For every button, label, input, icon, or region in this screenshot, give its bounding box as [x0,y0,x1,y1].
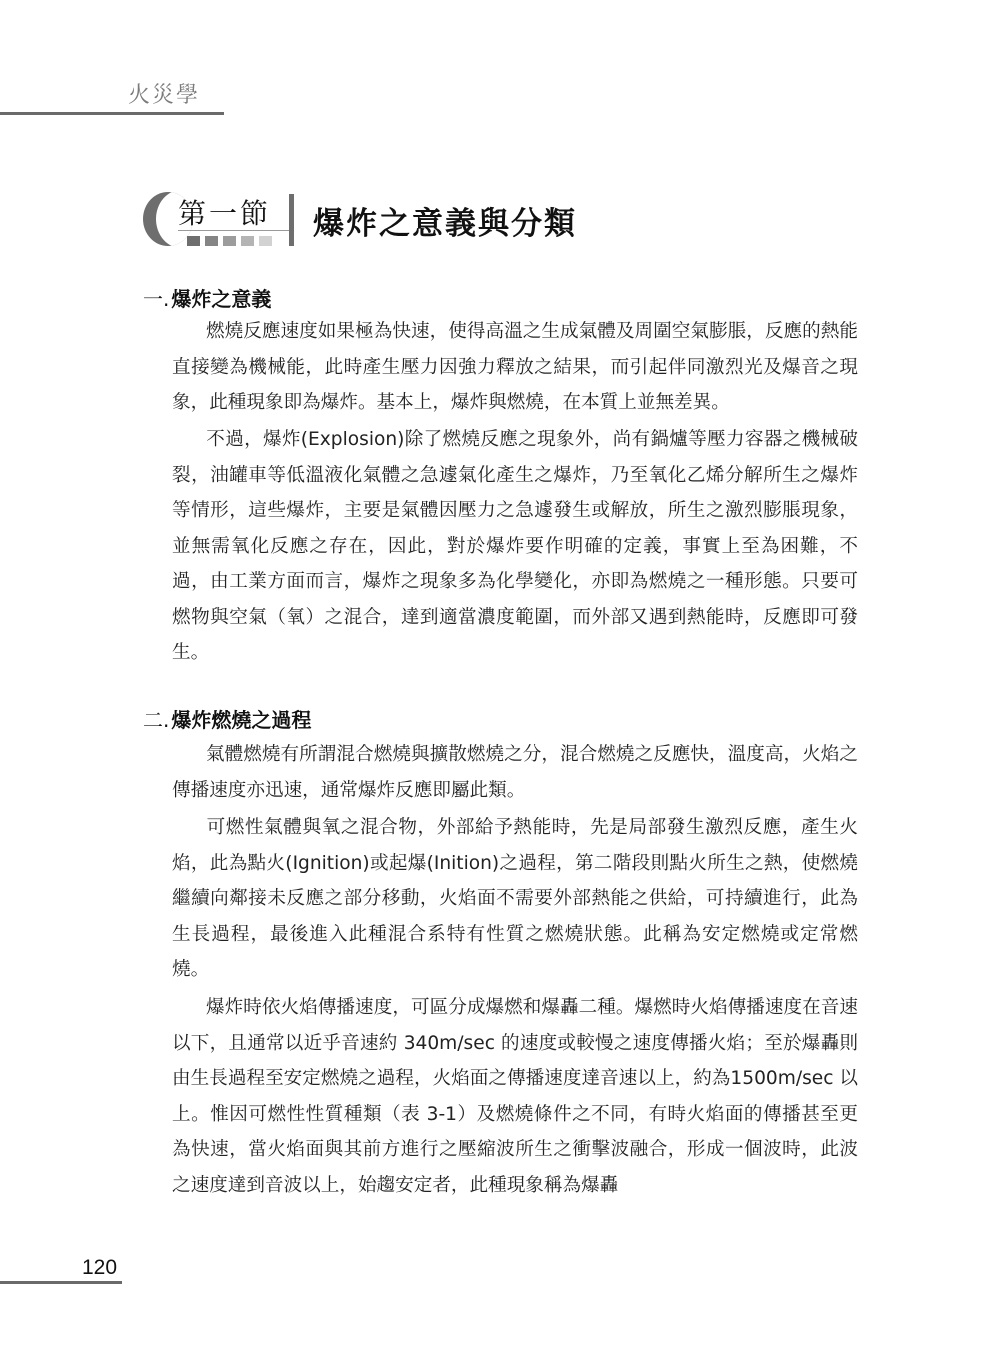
subsection-title: 爆炸之意義 [171,287,271,311]
square-icon [205,236,218,246]
paragraph-text: 氣體燃燒有所謂混合燃燒與擴散燃燒之分，混合燃燒之反應快，溫度高，火焰之傳播速度亦… [172,744,858,801]
paragraph: 不過，爆炸(Explosion)除了燃燒反應之現象外，尚有鍋爐等壓力容器之機械破… [172,422,858,671]
banner-divider [289,194,294,246]
square-icon [223,236,236,246]
square-icon [259,236,272,246]
section-title: 爆炸之意義與分類 [313,198,577,243]
subsection-heading: 一.爆炸之意義 [143,283,271,312]
header-rule [0,112,224,115]
paragraph: 可燃性氣體與氧之混合物，外部給予熱能時，先是局部發生激烈反應，產生火焰，此為點火… [172,810,858,988]
section-label: 第一節 [178,192,271,232]
square-icon [241,236,254,246]
label-underline [178,230,290,231]
subsection-heading: 二.爆炸燃燒之過程 [143,704,311,733]
paragraph-text: 不過，爆炸(Explosion)除了燃燒反應之現象外，尚有鍋爐等壓力容器之機械破… [172,429,858,663]
square-icon [187,236,200,246]
gradient-squares-icon [187,236,272,246]
paragraph: 燃燒反應速度如果極為快速，使得高溫之生成氣體及周圍空氣膨脹，反應的熱能直接變為機… [172,314,858,421]
subsection-number: 二. [143,708,169,732]
section-banner: 第一節 爆炸之意義與分類 [143,190,643,250]
footer-rule [0,1281,122,1284]
paragraph: 爆炸時依火焰傳播速度，可區分成爆燃和爆轟二種。爆燃時火焰傳播速度在音速以下，且通… [172,990,858,1203]
book-title: 火災學 [128,78,200,109]
paragraph-text: 燃燒反應速度如果極為快速，使得高溫之生成氣體及周圍空氣膨脹，反應的熱能直接變為機… [172,321,858,413]
paragraph-text: 可燃性氣體與氧之混合物，外部給予熱能時，先是局部發生激烈反應，產生火焰，此為點火… [172,817,858,980]
subsection-title: 爆炸燃燒之過程 [171,708,311,732]
page-number: 120 [82,1256,117,1280]
subsection-number: 一. [143,287,169,311]
paragraph-text: 爆炸時依火焰傳播速度，可區分成爆燃和爆轟二種。爆燃時火焰傳播速度在音速以下，且通… [172,997,858,1196]
paragraph: 氣體燃燒有所謂混合燃燒與擴散燃燒之分，混合燃燒之反應快，溫度高，火焰之傳播速度亦… [172,737,858,808]
